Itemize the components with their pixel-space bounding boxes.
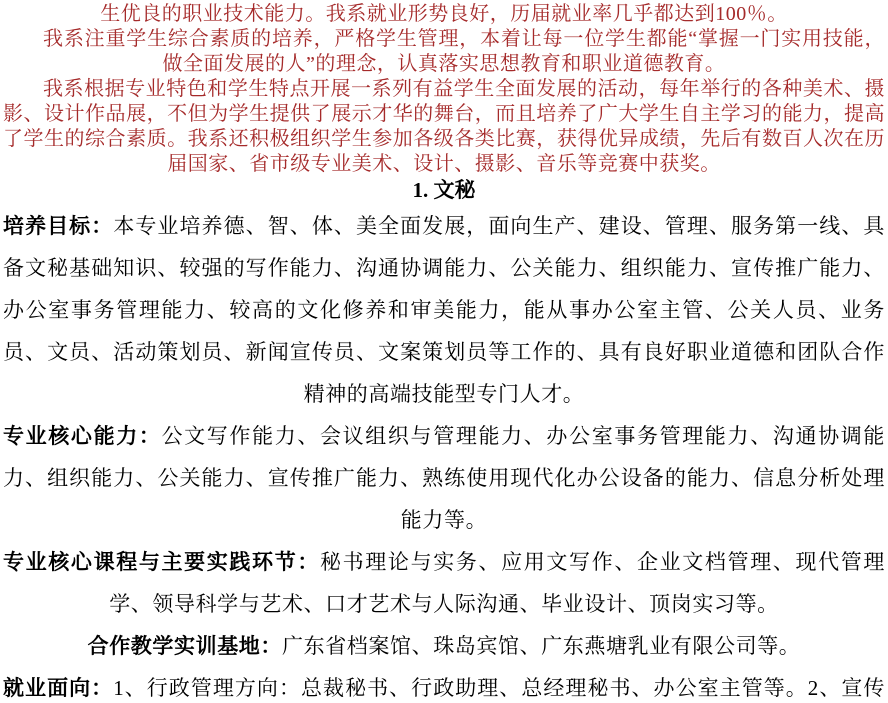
intro-paragraph-activities-awards: 我系根据专业特色和学生特点开展一系列有益学生全面发展的活动，每年举行的各种美术、… — [3, 77, 885, 177]
field-core-courses: 专业核心课程与主要实践环节：秘书理论与实务、应用文写作、企业文档管理、现代管理学… — [3, 541, 885, 625]
field-employment-orientation: 就业面向：1、行政管理方向：总裁秘书、行政助理、总经理秘书、办公室主管等。2、宣… — [3, 667, 885, 703]
section-heading-wenmi: 1. 文秘 — [3, 177, 885, 203]
intro-paragraph-employment: 生优良的职业技术能力。我系就业形势良好，历届就业率几乎都达到100％。 — [3, 2, 885, 27]
field-core-competencies: 专业核心能力：公文写作能力、会议组织与管理能力、办公室事务管理能力、沟通协调能力… — [3, 415, 885, 541]
document-page: 生优良的职业技术能力。我系就业形势良好，历届就业率几乎都达到100％。 我系注重… — [0, 0, 888, 703]
field-training-bases: 合作教学实训基地：广东省档案馆、珠岛宾馆、广东燕塘乳业有限公司等。 — [3, 625, 885, 667]
field-label-training-objectives: 培养目标： — [3, 214, 113, 238]
field-training-objectives: 培养目标：本专业培养德、智、体、美全面发展，面向生产、建设、管理、服务第一线、具… — [3, 205, 885, 415]
field-text-training-bases: 广东省档案馆、珠岛宾馆、广东燕塘乳业有限公司等。 — [282, 634, 800, 658]
department-intro-section: 生优良的职业技术能力。我系就业形势良好，历届就业率几乎都达到100％。 我系注重… — [3, 2, 885, 177]
field-label-training-bases: 合作教学实训基地： — [88, 634, 282, 658]
field-label-core-courses: 专业核心课程与主要实践环节： — [3, 550, 320, 574]
program-details-section: 培养目标：本专业培养德、智、体、美全面发展，面向生产、建设、管理、服务第一线、具… — [3, 205, 885, 703]
field-label-employment-orientation: 就业面向： — [3, 676, 113, 700]
field-label-core-competencies: 专业核心能力： — [3, 424, 162, 448]
field-text-employment-orientation: 1、行政管理方向：总裁秘书、行政助理、总经理秘书、办公室主管等。2、宣传 — [113, 676, 885, 700]
intro-paragraph-quality-education: 我系注重学生综合素质的培养，严格学生管理，本着让每一位学生都能“掌握一门实用技能… — [3, 27, 885, 77]
field-text-training-objectives: 本专业培养德、智、体、美全面发展，面向生产、建设、管理、服务第一线、具备文秘基础… — [3, 214, 885, 406]
